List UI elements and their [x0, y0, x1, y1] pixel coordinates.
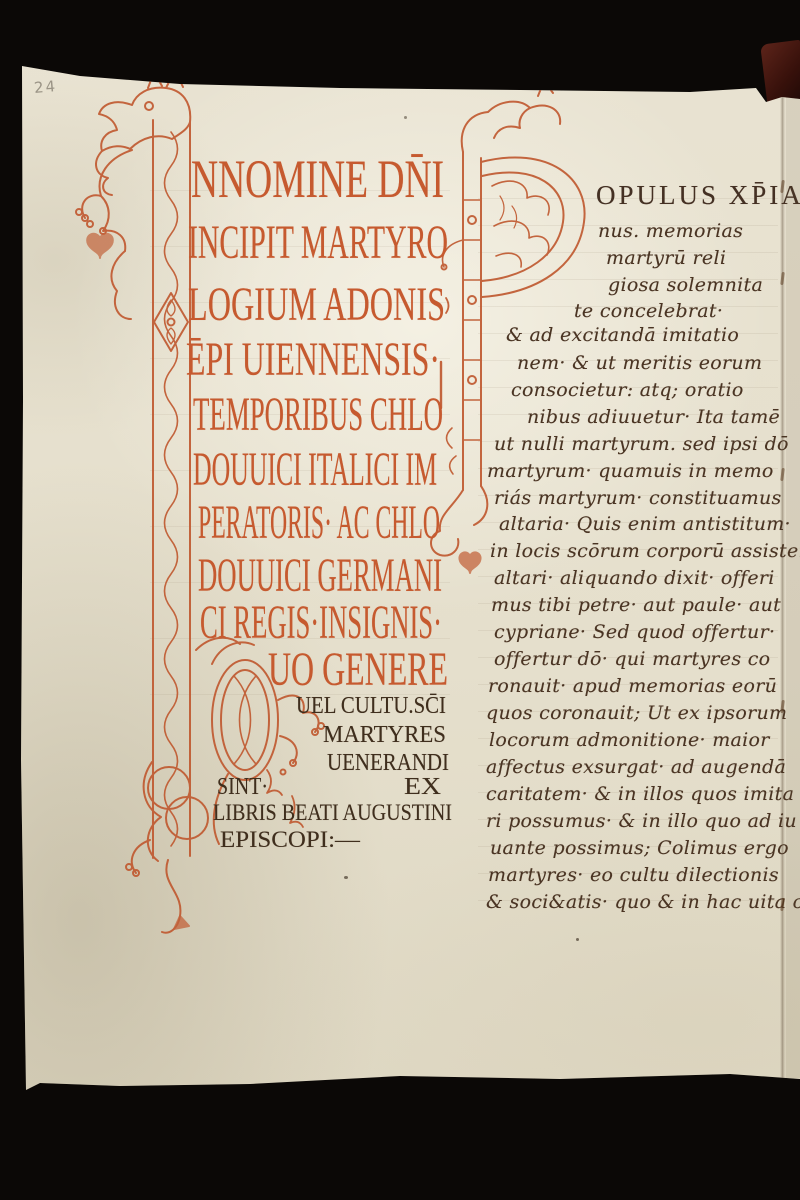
text-line: consocietur: atq; oratio — [511, 381, 744, 400]
parchment-speck — [404, 116, 407, 119]
text-line: EX — [404, 775, 441, 799]
text-line: locorum admonitione· maior — [489, 731, 770, 750]
folio-number: 24 — [33, 77, 58, 97]
opening-line: OPULUS XP̄IA — [596, 182, 800, 209]
text-line: martyrum· quamuis in memo — [487, 462, 774, 481]
parchment-speck — [344, 876, 348, 879]
text-line: offertur dō· qui martyres co — [494, 650, 770, 669]
text-line: affectus exsurgat· ad augendā — [486, 758, 786, 777]
rubric-line: TEMPORIBUS CHLO — [193, 391, 443, 439]
gutter-shading — [786, 96, 800, 1078]
text-line: riás martyrum· constituamus — [494, 489, 782, 508]
text-line: ri possumus· & in illo quo ad iu — [486, 812, 797, 831]
parchment-speck — [576, 938, 579, 941]
text-line: mus tibi petre· aut paule· aut — [491, 596, 781, 615]
text-line: UENERANDI — [327, 751, 449, 775]
manuscript-page: 24 — [0, 0, 800, 1200]
initial-i-ornament — [76, 70, 208, 933]
rubric-line: UO GENERE — [268, 646, 448, 694]
rubric-line: DOUUICI GERMANI — [198, 552, 442, 600]
text-line: SINT· — [217, 775, 268, 799]
text-line: quos coronauit; Ut ex ipsorum — [486, 704, 787, 723]
text-line: nibus adiuuetur· Ita tamē — [527, 408, 780, 427]
text-line: & soci&atis· quo & in hac uita co — [486, 893, 800, 912]
text-line: giosa solemnita — [608, 276, 763, 295]
text-line: ut nulli martyrum. sed ipsi dō — [494, 435, 789, 454]
rubric-line: DOUUICI ITALICI IM — [193, 446, 437, 494]
rubric-line: PERATORIS· AC CHLO — [198, 499, 440, 547]
rubric-line: ĒPI UIENNENSIS· — [186, 336, 440, 384]
rubric-line: INCIPIT MARTYRO — [188, 219, 448, 267]
text-line: altari· aliquando dixit· offeri — [494, 569, 775, 588]
manuscript-photo: 24 — [0, 0, 800, 1200]
text-line: LIBRIS BEATI AUGUSTINI — [213, 801, 452, 824]
rubric-line: LOGIUM ADONIS — [188, 281, 445, 329]
text-line: EPISCOPI:— — [220, 828, 360, 851]
text-line: martyres· eo cultu dilectionis — [488, 866, 779, 885]
text-line: MARTYRES — [323, 723, 446, 747]
text-line: uante possimus; Colimus ergo — [490, 839, 789, 858]
rubric-line: NNOMINE DN̄I — [191, 152, 444, 206]
text-line: te concelebrat· — [574, 302, 723, 321]
text-line: ronauit· apud memorias eorū — [488, 677, 777, 696]
text-line: martyrū reli — [606, 249, 726, 268]
text-line: & ad excitandā imitatio — [506, 326, 739, 345]
text-line: nem· & ut meritis eorum — [517, 354, 762, 373]
text-line: in locis scōrum corporū assistens — [490, 542, 800, 561]
text-line: caritatem· & in illos quos imita — [486, 785, 794, 804]
rubric-line: CI REGIS·INSIGNIS· — [200, 599, 442, 647]
text-line: altaria· Quis enim antistitum· — [499, 515, 791, 534]
text-line: UEL CULTU.SC̄I — [296, 694, 446, 718]
text-line: nus. memorias — [598, 222, 743, 241]
text-line: cypriane· Sed quod offertur· — [494, 623, 775, 642]
